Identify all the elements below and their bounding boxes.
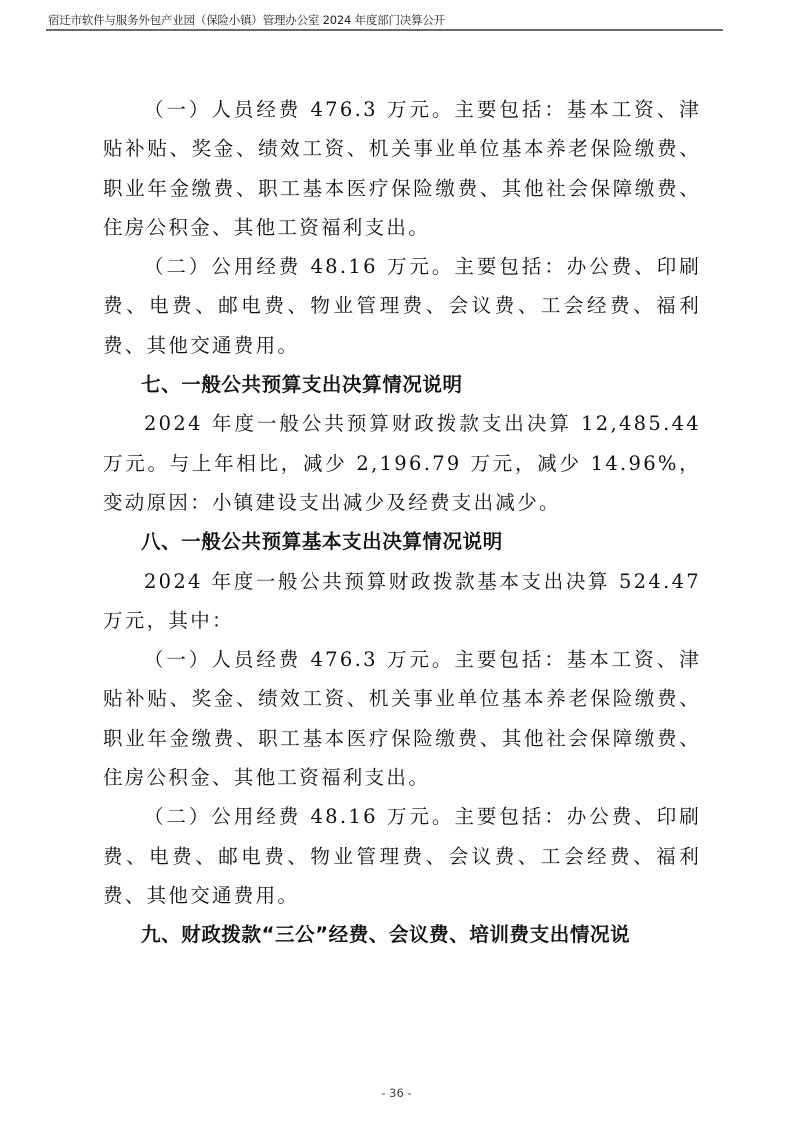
section-heading-9: 九、财政拨款“三公”经费、会议费、培训费支出情况说 [103,915,701,954]
document-title: 宿迁市软件与服务外包产业园（保险小镇）管理办公室 2024 年度部门决算公开 [48,12,445,28]
paragraph-public-expenses: （二）公用经费 48.16 万元。主要包括：办公费、印刷费、电费、邮电费、物业管… [103,247,701,365]
paragraph-basic-expenditure: 2024 年度一般公共预算财政拨款基本支出决算 524.47 万元，其中： [103,562,701,641]
document-body: （一）人员经费 476.3 万元。主要包括：基本工资、津贴补贴、奖金、绩效工资、… [103,90,701,955]
page-header: 宿迁市软件与服务外包产业园（保险小镇）管理办公室 2024 年度部门决算公开 [46,8,723,31]
paragraph-general-budget-expenditure: 2024 年度一般公共预算财政拨款支出决算 12,485.44 万元。与上年相比… [103,404,701,522]
page-number: - 36 - [0,1086,793,1100]
section-heading-7: 七、一般公共预算支出决算情况说明 [103,365,701,404]
paragraph-public-expenses-2: （二）公用经费 48.16 万元。主要包括：办公费、印刷费、电费、邮电费、物业管… [103,797,701,915]
section-heading-8: 八、一般公共预算基本支出决算情况说明 [103,522,701,561]
paragraph-personnel-expenses: （一）人员经费 476.3 万元。主要包括：基本工资、津贴补贴、奖金、绩效工资、… [103,90,701,247]
paragraph-personnel-expenses-2: （一）人员经费 476.3 万元。主要包括：基本工资、津贴补贴、奖金、绩效工资、… [103,640,701,797]
